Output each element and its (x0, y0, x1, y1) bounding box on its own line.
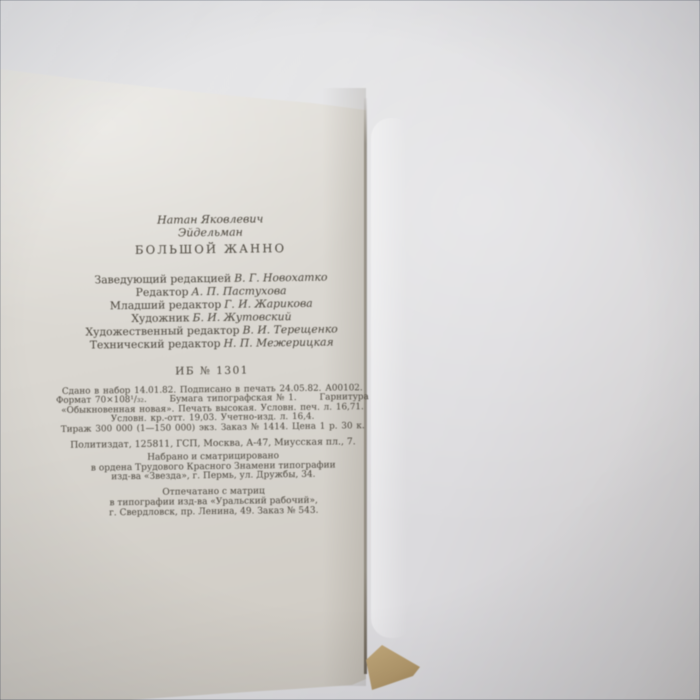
credit-role: Художник (131, 311, 189, 325)
editorial-credits: Заведующий редакциейВ. Г. Новохатко Реда… (27, 270, 396, 352)
typesetting-info: Набрано и сматрицировано в ордена Трудов… (29, 451, 397, 485)
open-book: Натан Яковлевич Эйдельман БОЛЬШОЙ ЖАННО … (0, 0, 700, 700)
imprint-data: Сдано в набор 14.01.82. Подписано в печа… (28, 384, 397, 436)
book-title: БОЛЬШОЙ ЖАННО (27, 241, 395, 258)
printing-info: Отпечатано с матриц в типографии изд-ва … (30, 486, 398, 520)
credit-name: В. Г. Новохатко (234, 271, 327, 285)
publisher-address: Политиздат, 125811, ГСП, Москва, А-47, М… (29, 437, 397, 451)
colophon-text-block: Натан Яковлевич Эйдельман БОЛЬШОЙ ЖАННО … (26, 211, 398, 520)
photo-of-open-book: Натан Яковлевич Эйдельман БОЛЬШОЙ ЖАННО … (0, 0, 700, 700)
credit-name: В. И. Терещенко (242, 322, 337, 336)
credit-name: Г. И. Жарикова (224, 297, 313, 311)
ib-number: ИБ № 1301 (28, 363, 396, 379)
credit-name: Б. И. Жутовский (193, 310, 292, 324)
credit-name: Н. П. Межерицкая (223, 336, 333, 350)
credit-role: Редактор (136, 285, 189, 299)
credit-role: Технический редактор (90, 337, 221, 352)
credit-name: А. П. Пастухова (191, 284, 286, 298)
